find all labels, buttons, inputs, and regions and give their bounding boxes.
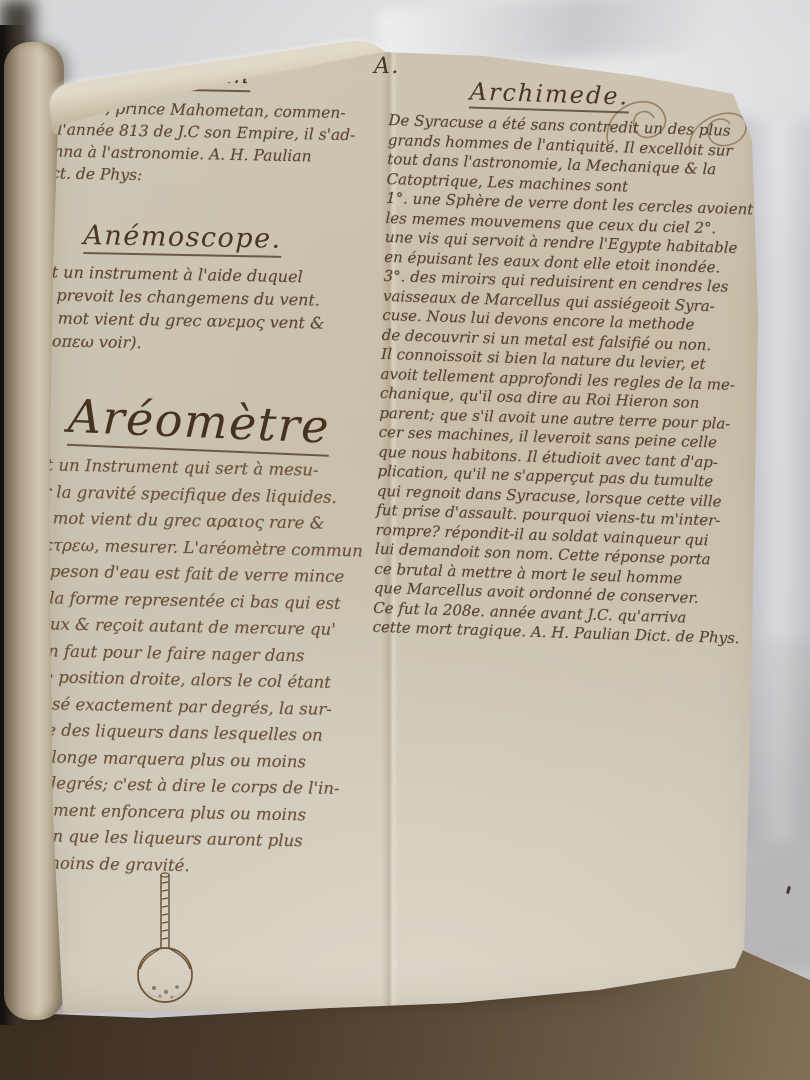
manuscript-page: A. Almamoum Le Calife, prince Mahometan,… — [38, 18, 770, 1020]
hydrometer-drawing — [134, 868, 198, 1008]
left-column: Almamoum Le Calife, prince Mahometan, co… — [16, 56, 400, 883]
entry-title-areometre: Aréomètre — [24, 388, 374, 455]
entry-body-archimede: De Syracuse a été sans contredit un des … — [372, 111, 778, 649]
manuscript-photo: re ç. é. mi da jes p. A. Almamoum Le Cal… — [0, 0, 810, 1080]
entry-body-anemoscope: Est un instrument à l'aide duquel on pre… — [30, 260, 396, 359]
entry-title-anemoscope: Anémoscope. — [28, 218, 337, 258]
right-column: Archimede. De Syracuse a été sans contre… — [372, 74, 780, 649]
entry-body-areometre: Est un Instrument qui sert à mesu- rer l… — [18, 452, 392, 883]
